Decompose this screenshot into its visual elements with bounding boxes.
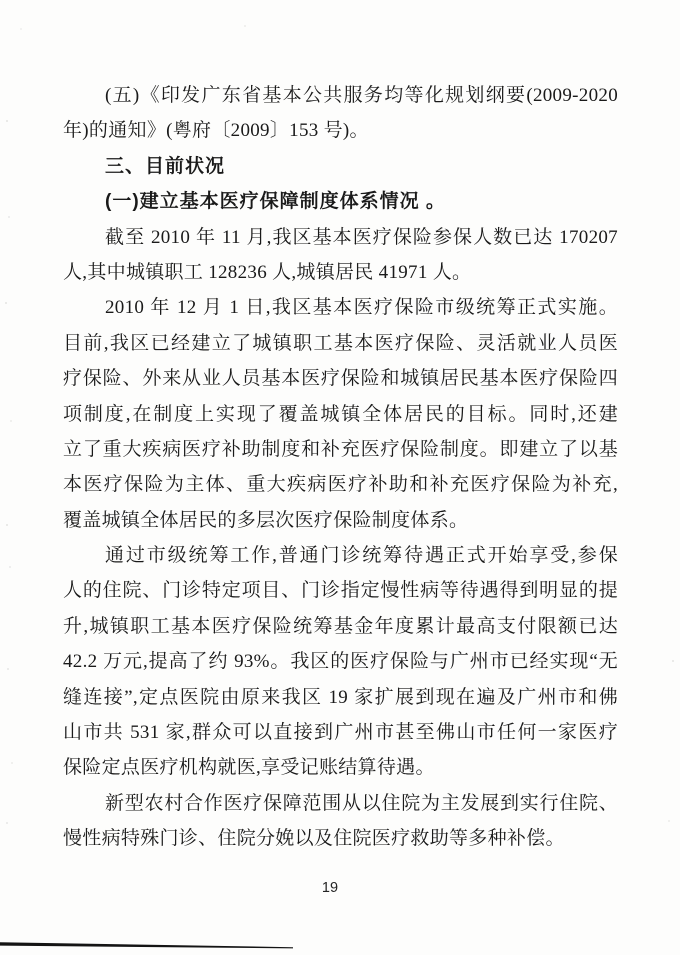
body-text-line: 新型农村合作医疗保障范围从以住院为主发展到实行住院、 (63, 786, 618, 821)
body-text-line: 山市共 531 家,群众可以直接到广州市甚至佛山市任何一家医疗 (63, 715, 618, 750)
heading-line: 三、目前状况 (63, 149, 618, 184)
body-text-line: 42.2 万元,提高了约 93%。我区的医疗保险与广州市已经实现“无 (63, 644, 618, 679)
document-body: (五)《印发广东省基本公共服务均等化规划纲要(2009-2020年)的通知》(粤… (63, 78, 618, 857)
body-text-line: 覆盖城镇全体居民的多层次医疗保险制度体系。 (63, 503, 618, 538)
scan-artifact-line (0, 940, 680, 952)
document-page: (五)《印发广东省基本公共服务均等化规划纲要(2009-2020年)的通知》(粤… (0, 0, 680, 955)
body-text-line: 保险定点医疗机构就医,享受记账结算待遇。 (63, 750, 618, 785)
body-text-line: 2010 年 12 月 1 日,我区基本医疗保险市级统筹正式实施。 (63, 290, 618, 325)
body-text-line: 目前,我区已经建立了城镇职工基本医疗保险、灵活就业人员医 (63, 326, 618, 361)
body-text-line: 疗保险、外来从业人员基本医疗保险和城镇居民基本医疗保险四 (63, 361, 618, 396)
body-text-line: 人,其中城镇职工 128236 人,城镇居民 41971 人。 (63, 255, 618, 290)
scan-noise-specks (6, 120, 8, 122)
body-text-line: 立了重大疾病医疗补助制度和补充医疗保险制度。即建立了以基 (63, 432, 618, 467)
body-text-line: 年)的通知》(粤府〔2009〕153 号)。 (63, 113, 618, 148)
body-text-line: 截至 2010 年 11 月,我区基本医疗保险参保人数已达 170207 (63, 220, 618, 255)
body-text-line: 本医疗保险为主体、重大疾病医疗补助和补充医疗保险为补充, (63, 467, 618, 502)
body-text-line: 升,城镇职工基本医疗保险统筹基金年度累计最高支付限额已达 (63, 609, 618, 644)
body-text-line: 通过市级统筹工作,普通门诊统筹待遇正式开始享受,参保 (63, 538, 618, 573)
body-text-line: (五)《印发广东省基本公共服务均等化规划纲要(2009-2020 (63, 78, 618, 113)
body-text-line: 项制度,在制度上实现了覆盖城镇全体居民的目标。同时,还建 (63, 397, 618, 432)
body-text-line: 慢性病特殊门诊、住院分娩以及住院医疗救助等多种补偿。 (63, 821, 618, 856)
heading-line: (一)建立基本医疗保障制度体系情况 。 (63, 184, 618, 219)
page-number: 19 (0, 880, 660, 896)
body-text-line: 缝连接”,定点医院由原来我区 19 家扩展到现在遍及广州市和佛 (63, 680, 618, 715)
body-text-line: 人的住院、门诊特定项目、门诊指定慢性病等待遇得到明显的提 (63, 573, 618, 608)
